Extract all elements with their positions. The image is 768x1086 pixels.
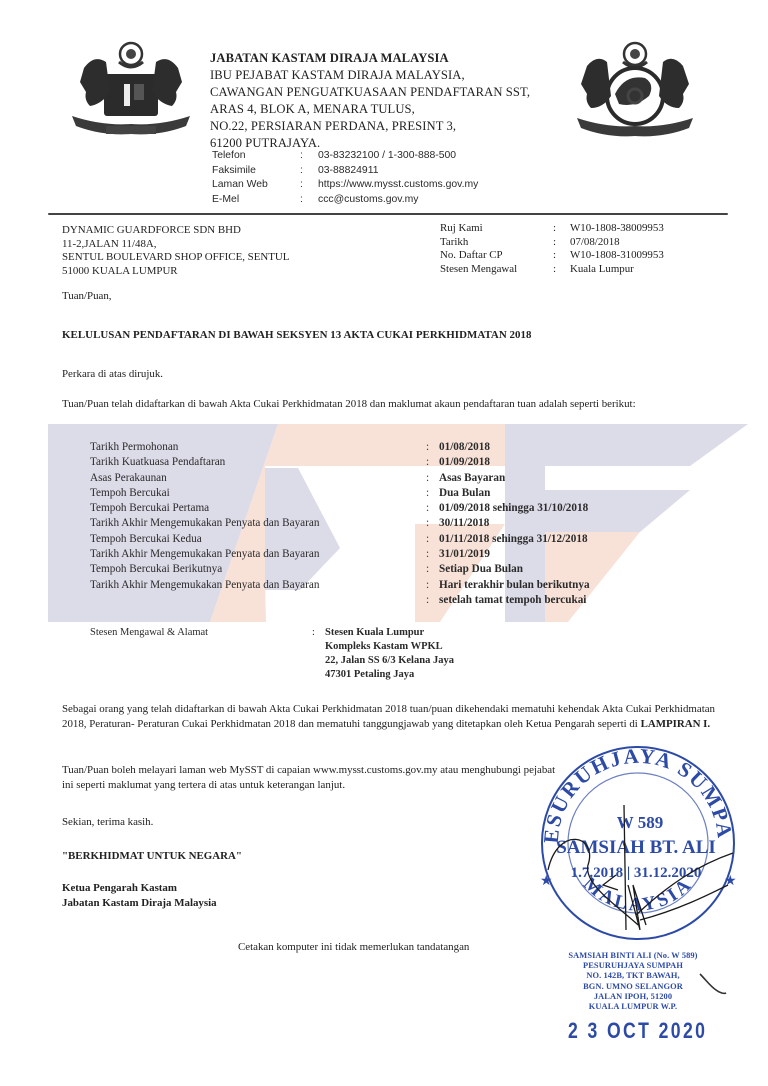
detail-label: Tarikh Kuatkuasa Pendaftaran (90, 455, 426, 470)
recipient-address-line: 51000 KUALA LUMPUR (62, 265, 289, 279)
intro-paragraph: Tuan/Puan telah didaftarkan di bawah Akt… (62, 397, 712, 412)
detail-row: Tarikh Kuatkuasa Pendaftaran:01/09/2018 (90, 455, 590, 470)
contact-separator: : (300, 164, 318, 179)
registration-number: W10-1808-31009953 (570, 249, 664, 263)
org-address-line: CAWANGAN PENGUATKUASAAN PENDAFTARAN SST, (210, 84, 530, 101)
detail-value: 01/09/2018 sehingga 31/10/2018 (439, 501, 588, 516)
reference-separator: : (553, 236, 570, 250)
station-address-line: Stesen Kuala Lumpur (325, 626, 454, 640)
obligation-paragraph: Sebagai orang yang telah didaftarkan di … (62, 702, 715, 732)
reference-block: Ruj Kami : W10-1808-38009953 Tarikh : 07… (440, 222, 664, 277)
detail-label: Tempoh Bercukai Kedua (90, 532, 426, 547)
reference-row: Tarikh : 07/08/2018 (440, 236, 664, 250)
contact-row-email: E-Mel : ccc@customs.gov.my (212, 193, 478, 208)
reference-separator: : (553, 263, 570, 277)
reference-separator: : (553, 249, 570, 263)
station-address-block: Stesen Mengawal & Alamat : Stesen Kuala … (90, 626, 454, 682)
station-separator: : (312, 626, 325, 682)
contact-separator: : (300, 193, 318, 208)
detail-row: Asas Perakaunan:Asas Bayaran (90, 471, 590, 486)
detail-row: :setelah tamat tempoh bercukai (90, 593, 590, 608)
malaysia-coat-of-arms-icon (62, 38, 200, 138)
contact-info: Telefon : 03-83232100 / 1-300-888-500 Fa… (212, 149, 478, 207)
organization-header: JABATAN KASTAM DIRAJA MALAYSIA IBU PEJAB… (210, 50, 530, 152)
reference-label: Tarikh (440, 236, 553, 250)
detail-row: Tempoh Bercukai:Dua Bulan (90, 486, 590, 501)
detail-separator: : (426, 471, 439, 486)
detail-value: Setiap Dua Bulan (439, 562, 523, 577)
notary-line: PESURUHJAYA SUMPAH (538, 961, 728, 971)
org-name: JABATAN KASTAM DIRAJA MALAYSIA (210, 50, 530, 67)
website-link[interactable]: https://www.mysst.customs.gov.my (318, 178, 478, 193)
detail-row: Tarikh Akhir Mengemukakan Penyata dan Ba… (90, 516, 590, 531)
contact-row-phone: Telefon : 03-83232100 / 1-300-888-500 (212, 149, 478, 164)
phone-value: 03-83232100 / 1-300-888-500 (318, 149, 456, 164)
notary-line: KUALA LUMPUR W.P. (538, 1002, 728, 1012)
station-address-line: 22, Jalan SS 6/3 Kelana Jaya (325, 654, 454, 668)
detail-label: Tarikh Akhir Mengemukakan Penyata dan Ba… (90, 516, 426, 531)
contact-label: Faksimile (212, 164, 300, 179)
detail-value: 01/11/2018 sehingga 31/12/2018 (439, 532, 588, 547)
detail-row: Tarikh Akhir Mengemukakan Penyata dan Ba… (90, 578, 590, 593)
detail-label (90, 593, 426, 608)
controlling-station: Kuala Lumpur (570, 263, 634, 277)
contact-separator: : (300, 178, 318, 193)
reference-row: Ruj Kami : W10-1808-38009953 (440, 222, 664, 236)
detail-label: Tempoh Bercukai Berikutnya (90, 562, 426, 577)
registration-details: Tarikh Permohonan:01/08/2018 Tarikh Kuat… (90, 440, 590, 608)
detail-separator: : (426, 532, 439, 547)
detail-separator: : (426, 516, 439, 531)
royal-customs-crest-icon (565, 38, 705, 138)
detail-separator: : (426, 486, 439, 501)
salutation: Tuan/Puan, (62, 289, 112, 304)
star-icon: ★ (540, 874, 553, 889)
station-address: Stesen Kuala Lumpur Kompleks Kastam WPKL… (325, 626, 454, 682)
reference-separator: : (553, 222, 570, 236)
reference-number: W10-1808-38009953 (570, 222, 664, 236)
detail-separator: : (426, 578, 439, 593)
notary-line: SAMSIAH BINTI ALI (No. W 589) (538, 951, 728, 961)
appendix-reference: LAMPIRAN I. (641, 718, 711, 730)
station-address-line: Kompleks Kastam WPKL (325, 640, 454, 654)
detail-label: Tempoh Bercukai Pertama (90, 501, 426, 516)
detail-separator: : (426, 562, 439, 577)
detail-value: Hari terakhir bulan berikutnya (439, 578, 590, 593)
detail-value: Asas Bayaran (439, 471, 505, 486)
reference-row: Stesen Mengawal : Kuala Lumpur (440, 263, 664, 277)
referred-line: Perkara di atas dirujuk. (62, 367, 163, 382)
recipient-address-line: SENTUL BOULEVARD SHOP OFFICE, SENTUL (62, 251, 289, 265)
org-address-line: IBU PEJABAT KASTAM DIRAJA MALAYSIA, (210, 67, 530, 84)
detail-value: Dua Bulan (439, 486, 490, 501)
closing-line: Sekian, terima kasih. (62, 815, 153, 830)
fax-value: 03-88824911 (318, 164, 378, 179)
detail-separator: : (426, 593, 439, 608)
detail-row: Tempoh Bercukai Kedua:01/11/2018 sehingg… (90, 532, 590, 547)
detail-separator: : (426, 547, 439, 562)
contact-label: Laman Web (212, 178, 300, 193)
reference-label: Ruj Kami (440, 222, 553, 236)
detail-separator: : (426, 455, 439, 470)
detail-label: Tarikh Akhir Mengemukakan Penyata dan Ba… (90, 578, 426, 593)
contact-label: E-Mel (212, 193, 300, 208)
detail-value: 01/09/2018 (439, 455, 490, 470)
detail-label: Tempoh Bercukai (90, 486, 426, 501)
commissioner-oaths-seal: PESURUHJAYA SUMPAH MALAYSIA ★ ★ W 589 SA… (528, 735, 748, 945)
signatory-title: Ketua Pengarah Kastam (62, 881, 217, 896)
letter-date: 07/08/2018 (570, 236, 620, 250)
stamp-date: 2 3 OCT 2020 (568, 1018, 707, 1044)
org-address-line: ARAS 4, BLOK A, MENARA TULUS, (210, 101, 530, 118)
detail-value: 01/08/2018 (439, 440, 490, 455)
detail-row: Tempoh Bercukai Pertama:01/09/2018 sehin… (90, 501, 590, 516)
recipient-address: DYNAMIC GUARDFORCE SDN BHD 11-2,JALAN 11… (62, 224, 289, 279)
detail-label: Tarikh Permohonan (90, 440, 426, 455)
org-address-line: NO.22, PERSIARAN PERDANA, PRESINT 3, (210, 118, 530, 135)
email-link[interactable]: ccc@customs.gov.my (318, 193, 418, 208)
obligation-text: Sebagai orang yang telah didaftarkan di … (62, 703, 715, 730)
detail-row: Tarikh Permohonan:01/08/2018 (90, 440, 590, 455)
station-address-line: 47301 Petaling Jaya (325, 668, 454, 682)
detail-label: Tarikh Akhir Mengemukakan Penyata dan Ba… (90, 547, 426, 562)
detail-value: 30/11/2018 (439, 516, 489, 531)
pen-mark (698, 972, 728, 998)
reference-label: Stesen Mengawal (440, 263, 553, 277)
signatory-department: Jabatan Kastam Diraja Malaysia (62, 896, 217, 911)
reference-label: No. Daftar CP (440, 249, 553, 263)
detail-row: Tempoh Bercukai Berikutnya:Setiap Dua Bu… (90, 562, 590, 577)
detail-value: 31/01/2019 (439, 547, 490, 562)
detail-separator: : (426, 440, 439, 455)
station-label: Stesen Mengawal & Alamat (90, 626, 312, 682)
contact-row-fax: Faksimile : 03-88824911 (212, 164, 478, 179)
signatory-block: Ketua Pengarah Kastam Jabatan Kastam Dir… (62, 881, 217, 911)
detail-value: setelah tamat tempoh bercukai (439, 593, 586, 608)
detail-row: Tarikh Akhir Mengemukakan Penyata dan Ba… (90, 547, 590, 562)
detail-separator: : (426, 501, 439, 516)
contact-label: Telefon (212, 149, 300, 164)
reference-row: No. Daftar CP : W10-1808-31009953 (440, 249, 664, 263)
detail-label: Asas Perakaunan (90, 471, 426, 486)
motto: "BERKHIDMAT UNTUK NEGARA" (62, 849, 242, 864)
computer-print-note: Cetakan komputer ini tidak memerlukan ta… (238, 940, 469, 955)
letter-subject: KELULUSAN PENDAFTARAN DI BAWAH SEKSYEN 1… (62, 329, 532, 341)
header-divider (48, 213, 728, 215)
contact-separator: : (300, 149, 318, 164)
contact-row-website: Laman Web : https://www.mysst.customs.go… (212, 178, 478, 193)
recipient-name: DYNAMIC GUARDFORCE SDN BHD (62, 224, 289, 238)
recipient-address-line: 11-2,JALAN 11/48A, (62, 238, 289, 252)
